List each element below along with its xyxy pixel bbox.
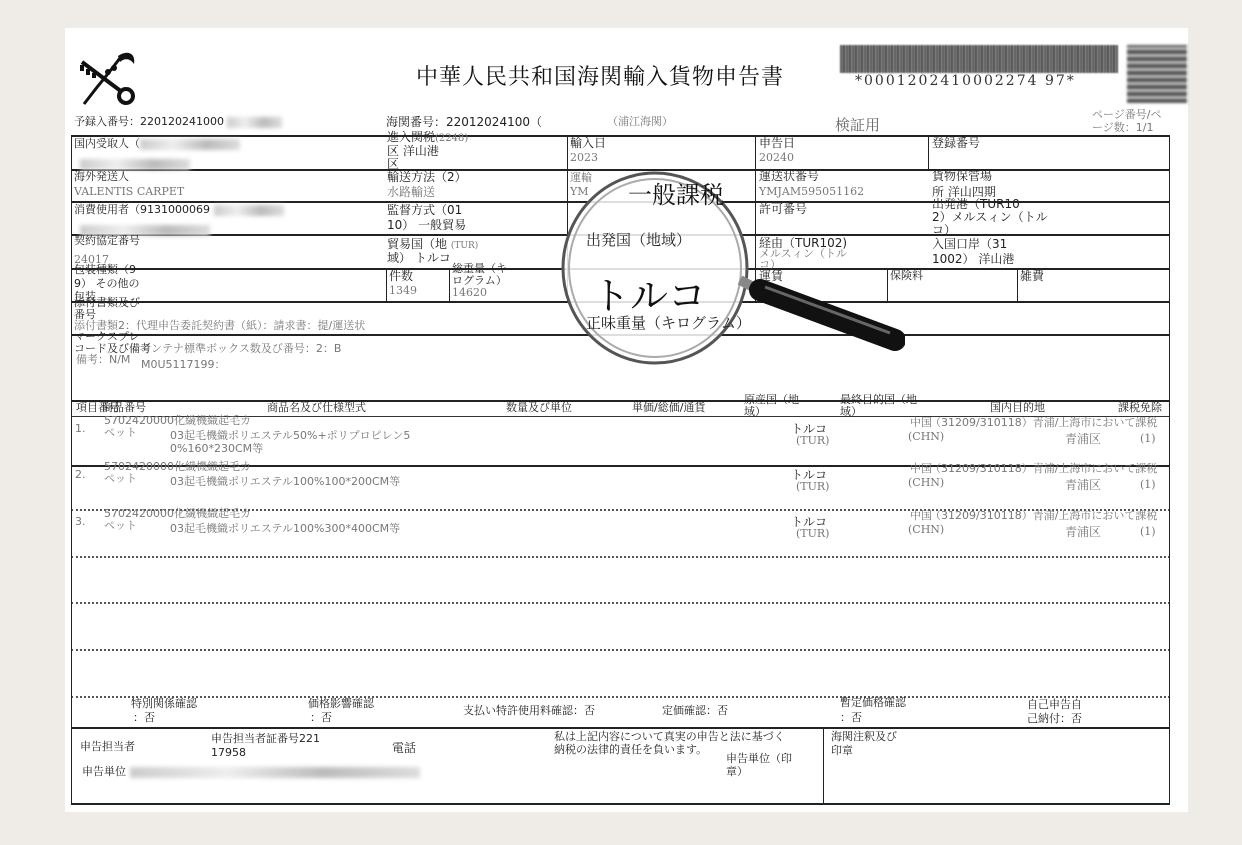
domestic-district: 青浦区: [1065, 433, 1101, 446]
origin-code: (TUR): [796, 528, 829, 540]
misc-expenses-label: 雑費: [1020, 270, 1044, 283]
barcode-text: *0001202410002274 97*: [855, 73, 1076, 89]
container-number: M0U5117199：: [141, 359, 226, 371]
declaration-statement: 私は上記内容について真実の申告と法に基づく: [554, 731, 785, 743]
tax-type: 一般課税: [628, 175, 724, 210]
phone-label: 電話: [392, 742, 416, 755]
transport-method-value: 水路輸送: [387, 186, 435, 199]
net-weight-label: 正味重量（キログラム）: [586, 312, 751, 333]
customs-note-label: 海関注釈及び: [831, 731, 897, 743]
self-declaration-value: 己納付：否: [1027, 713, 1082, 725]
domestic-destination: （31209/310118）青浦/上海市において課税: [930, 463, 1157, 475]
destination-country: 中国: [910, 463, 932, 475]
page-number-1: ページ番号/ペ: [1092, 109, 1162, 121]
shipper-value: VALENTIS CARPET: [74, 186, 184, 198]
price-influence-label: 価格影響確認: [308, 698, 374, 710]
declarant-label: 申告担当者: [80, 741, 135, 753]
domestic-destination: （31209/310118）青浦/上海市において課税: [930, 417, 1157, 429]
domestic-destination: （31209/310118）青浦/上海市において課税: [930, 510, 1157, 522]
supervision-value: 10） 一般貿易: [387, 219, 466, 232]
destination-code: (CHN): [908, 524, 944, 536]
trade-country-value: 域） トルコ: [387, 252, 451, 265]
product-name: 化繊機織起毛カ: [174, 461, 251, 473]
tax-exemption: (1): [1140, 479, 1156, 491]
product-name: 化繊機織起毛カ: [174, 508, 251, 520]
destination-code: (CHN): [908, 477, 944, 489]
col-tax-exemption: 課税免除: [1118, 402, 1162, 414]
consignee-label: 国内受取人（: [74, 138, 240, 150]
verify-label: 検証用: [835, 114, 880, 135]
origin-country-label: 出発国（地域）: [586, 229, 691, 250]
entry-port-label: 進入関税(2248): [387, 131, 468, 145]
destination-code: (CHN): [908, 431, 944, 443]
product-name-2: ペット: [104, 520, 137, 532]
declare-date-value: 20240: [759, 152, 794, 164]
form-title: 中華人民共和国海関輸入貨物申告書: [416, 60, 784, 91]
qr-code: [1127, 45, 1187, 103]
col-description: 商品名及び仕様型式: [267, 402, 366, 414]
col-origin: 原産国（地域）: [744, 394, 814, 418]
storage-location-label: 貨物保管場: [932, 170, 992, 183]
item-number: 3.: [75, 516, 86, 528]
import-date-label: 輸入日: [570, 137, 606, 150]
origin-code: (TUR): [796, 481, 829, 493]
declarant-id-label: 申告担当者証番号221: [211, 733, 320, 745]
seal-label: 申告単位（印: [726, 753, 792, 765]
royalty-confirmation: 支払い特許使用料確認：否: [463, 705, 595, 717]
departure-port-value-2: コ）: [932, 224, 956, 237]
self-declaration-label: 自己申告自: [1027, 699, 1082, 711]
package-type-label: 包装種類（9: [74, 264, 136, 276]
remarks: 備考：N/M: [76, 354, 130, 366]
product-name: 化繊機織起毛カ: [174, 415, 251, 427]
destination-country: 中国: [910, 417, 932, 429]
col-price: 単価/総価/通貨: [632, 402, 705, 414]
destination-country: 中国: [910, 510, 932, 522]
customs-number: 海関番号：22012024100（: [386, 116, 542, 129]
price-influence-value: ：否: [310, 712, 332, 724]
origin-code: (TUR): [796, 435, 829, 447]
package-type-value: 9） その他の: [74, 278, 140, 290]
fixed-price-confirmation: 定価確認：否: [662, 705, 728, 717]
special-relation-value: ：否: [133, 712, 155, 724]
shipper-label: 海外発送人: [74, 171, 129, 183]
declare-unit-label: 申告単位: [82, 766, 420, 778]
col-destination: 最終目的国（地域）: [840, 394, 930, 418]
declarant-id-value: 17958: [211, 747, 246, 759]
declare-date-label: 申告日: [759, 137, 795, 150]
item-number: 1.: [75, 423, 86, 435]
transport-method-label: 輸送方法（2）: [387, 171, 467, 184]
entry-gate-value: 1002） 洋山港: [932, 253, 1014, 266]
item-number: 2.: [75, 469, 86, 481]
consumer-label: 消費使用者（9131000069: [74, 204, 284, 216]
pre-entry-number: 予録入番号：220120241000: [74, 116, 282, 128]
domestic-district: 青浦区: [1065, 479, 1101, 492]
tax-exemption: (1): [1140, 433, 1156, 445]
gross-weight-value: 14620: [452, 287, 487, 299]
spec-2: 0%160*230CM等: [170, 443, 263, 455]
pieces-label: 件数: [389, 270, 413, 283]
domestic-district: 青浦区: [1065, 526, 1101, 539]
customs-note-label-2: 印章: [831, 745, 853, 757]
declaration-statement-2: 納税の法律的責任を負います。: [554, 744, 707, 756]
special-relation-label: 特別関係確認: [131, 698, 197, 710]
registration-number-label: 登録番号: [932, 137, 980, 150]
page-number-2: ージ数：1/1: [1092, 122, 1153, 134]
seal-label-2: 章）: [726, 766, 748, 778]
product-name-2: ペット: [104, 427, 137, 439]
col-quantity: 数量及び単位: [506, 402, 572, 414]
product-name-2: ペット: [104, 473, 137, 485]
customs-emblem-icon: [74, 48, 140, 110]
col-domestic-destination: 国内目的地: [990, 402, 1045, 414]
barcode: [840, 45, 1118, 73]
spec: 03起毛機織ポリエステル100%300*400CM等: [170, 523, 400, 535]
spec: 03起毛機織ポリエステル50%+ポリプロピレン5: [170, 430, 410, 442]
customs-office: （浦江海関）: [607, 116, 673, 128]
provisional-price-value: ：否: [840, 712, 862, 724]
import-date-value: 2023: [570, 152, 598, 164]
spec: 03起毛機織ポリエステル100%100*200CM等: [170, 476, 400, 488]
contract-number-label: 契約協定番号: [74, 235, 140, 247]
entry-gate-label: 入国口岸（31: [932, 238, 1007, 251]
tax-exemption: (1): [1140, 526, 1156, 538]
supervision-label: 監督方式（01: [387, 204, 462, 217]
provisional-price-label: 暫定価格確認: [840, 697, 906, 709]
pieces-value: 1349: [389, 285, 417, 297]
col-hs-code: 商品番号: [102, 402, 146, 414]
marks-value: コンテナ標準ボックス数及び番号：2：B: [140, 343, 341, 355]
